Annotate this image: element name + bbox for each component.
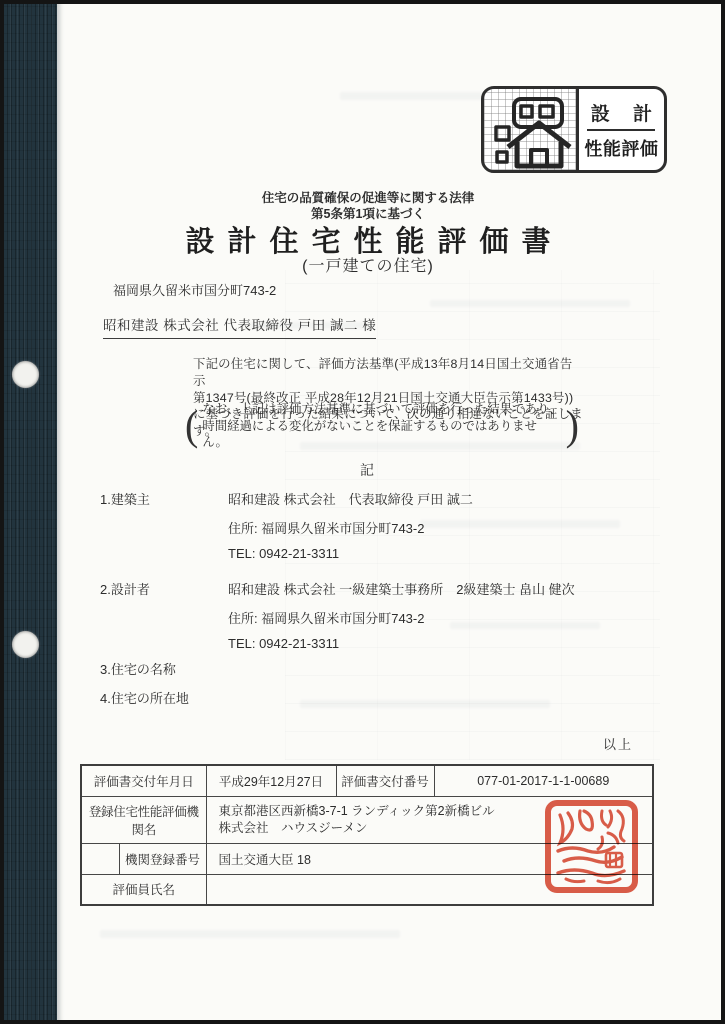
house-grid-icon	[484, 89, 579, 170]
scan-artifact	[430, 300, 630, 307]
item-designer-label: 2.設計者	[100, 579, 150, 598]
paper-background: 設 計 性能評価 住宅の品質確保の促進等に関する法律 第5条第1項に基づく 設計…	[0, 0, 725, 1024]
cert-mark-design-label: 設 計	[582, 99, 661, 126]
note-line-1: なお、上記は評価方法基準に基づいて評価を行った結果であり、	[202, 401, 561, 418]
issue-date-value-cell: 平成29年12月27日	[206, 765, 336, 796]
disclaimer-note: ( なお、上記は評価方法基準に基づいて評価を行った結果であり、 時間経過による変…	[185, 401, 579, 451]
item-designer-tel: TEL: 0942-21-3311	[228, 636, 339, 651]
recipient-address: 福岡県久留米市国分町743-2	[113, 280, 276, 299]
record-separator: 記	[96, 460, 640, 480]
punch-hole-bottom	[12, 631, 39, 658]
scan-artifact	[450, 622, 600, 629]
scan-artifact	[300, 700, 550, 708]
design-performance-certification-mark: 設 計 性能評価	[481, 86, 667, 173]
item-builder-value: 昭和建設 株式会社 代表取締役 戸田 誠二	[228, 489, 473, 508]
issue-date-label-cell: 評価書交付年月日	[81, 765, 206, 796]
company-seal-stamp	[544, 799, 639, 894]
evaluator-label-cell: 評価員氏名	[81, 874, 206, 905]
punch-hole-top	[12, 361, 39, 388]
scanned-document-page: 設 計 性能評価 住宅の品質確保の促進等に関する法律 第5条第1項に基づく 設計…	[0, 0, 725, 1024]
disclaimer-note-text: なお、上記は評価方法基準に基づいて評価を行った結果であり、 時間経過による変化が…	[198, 401, 565, 451]
issue-number-label-cell: 評価書交付番号	[336, 765, 434, 796]
table-row-issue: 評価書交付年月日 平成29年12月27日 評価書交付番号 077-01-2017…	[81, 765, 653, 796]
open-parenthesis: (	[185, 407, 198, 445]
document-subtitle: (一戸建ての住宅)	[96, 253, 640, 276]
document-binding-strip	[3, 0, 57, 1024]
closing-mark: 以上	[545, 734, 633, 753]
close-parenthesis: )	[566, 407, 579, 445]
indent-cell	[81, 843, 119, 874]
statement-line-1: 下記の住宅に関して、評価方法基準(平成13年8月14日国土交通省告示	[193, 356, 585, 390]
cert-mark-performance-label: 性能評価	[584, 135, 658, 161]
item-designer-address: 住所: 福岡県久留米市国分町743-2	[228, 608, 424, 627]
agency-label-cell: 登録住宅性能評価機関名	[81, 796, 206, 843]
recipient-name: 昭和建設 株式会社 代表取締役 戸田 誠二 様	[103, 314, 376, 339]
item-house-name-label: 3.住宅の名称	[100, 659, 176, 678]
cert-mark-divider	[587, 129, 655, 131]
scan-artifact	[100, 930, 400, 938]
issue-number-value-cell: 077-01-2017-1-1-00689	[434, 765, 653, 796]
bleed-through-artifact	[285, 270, 660, 760]
item-designer-value: 昭和建設 株式会社 一級建築士事務所 2級建築士 畠山 健次	[228, 579, 575, 598]
note-line-2: 時間経過による変化がないことを保証するものではありません。	[202, 418, 561, 451]
scan-artifact	[420, 520, 620, 528]
registration-label-cell: 機関登録番号	[119, 843, 206, 874]
item-builder-tel: TEL: 0942-21-3311	[228, 546, 339, 561]
certification-mark-text: 設 計 性能評価	[579, 89, 664, 170]
item-builder-label: 1.建築主	[100, 489, 150, 508]
item-builder-address: 住所: 福岡県久留米市国分町743-2	[228, 518, 424, 537]
item-house-location-label: 4.住宅の所在地	[100, 688, 189, 707]
